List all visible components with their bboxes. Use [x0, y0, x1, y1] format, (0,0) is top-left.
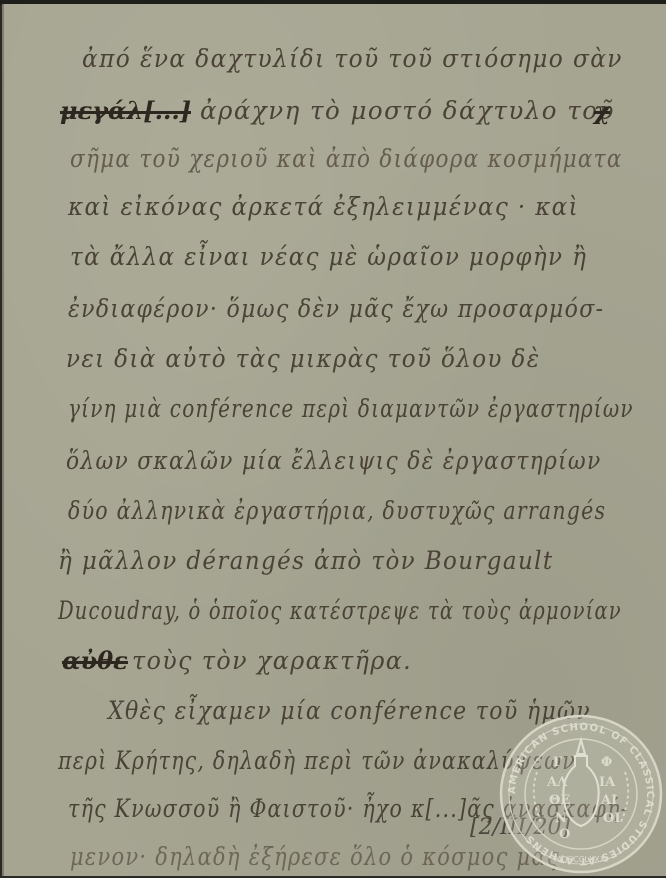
manuscript-line-4: καὶ εἰκόνας ἀρκετά ἐξηλειμμένας · καὶ	[68, 192, 579, 221]
svg-text:Ν: Ν	[555, 811, 567, 826]
manuscript-line-5: τὰ ἄλλα εἶναι νέας μὲ ὡραῖον μορφὴν ἢ	[70, 242, 587, 271]
manuscript-line-13: τοὺς τὸν χαρακτῆρα.	[132, 646, 412, 675]
svg-text:ΑΙ: ΑΙ	[600, 793, 617, 808]
svg-text:ΙΑ: ΙΑ	[599, 775, 616, 790]
manuscript-line-10: δύο ἀλληνικὰ ἐργαστήρια, δυστυχῶς arrang…	[68, 496, 606, 525]
manuscript-line-6: ἐνδιαφέρον· ὅμως δὲν μᾶς ἔχω προσαρμόσ-	[68, 294, 604, 323]
svg-text:Γ: Γ	[553, 755, 563, 770]
seal-year-text: MDCCCLXXXI	[554, 855, 607, 864]
manuscript-line-11: ἢ μᾶλλον dérangés ἀπὸ τὸν Bourgault	[58, 546, 554, 575]
manuscript-line-12: Ducoudray, ὁ ὁποῖος κατέστρεψε τὰ τοὺς ἀ…	[58, 596, 622, 625]
struck-word: μεγάλ[...]	[60, 96, 191, 125]
manuscript-line-7: νει διὰ αὐτὸ τὰς μικρὰς τοῦ ὅλου δὲ	[66, 344, 540, 373]
manuscript-line-1: ἀπό ἕνα δαχτυλίδι τοῦ τοῦ στιόσημο σὰν	[82, 44, 623, 73]
manuscript-line-17: μενον· δηλαδὴ ἐξήρεσε ὅλο ὁ κόσμος μας	[70, 842, 560, 871]
manuscript-line-8: γίνη μιὰ conférence περὶ διαμαντῶν ἐργασ…	[68, 394, 634, 423]
manuscript-line-3: σῆμα τοῦ χεριοῦ καὶ ἀπὸ διάφορα κοσμήματ…	[70, 144, 623, 173]
svg-text:ΑΛ: ΑΛ	[546, 775, 568, 790]
svg-text:ΟΙ: ΟΙ	[603, 811, 620, 826]
struck-letter: χ	[594, 96, 610, 125]
manuscript-line-2: ἀράχνη τὸ μοστό δάχτυλο τοῦ	[200, 96, 615, 125]
library-seal-stamp: AMERICAN SCHOOL OF CLASSICAL STUDIES AT …	[497, 712, 665, 876]
svg-text:Φ: Φ	[601, 755, 612, 770]
struck-word: αὐθε	[62, 646, 128, 675]
svg-text:Ο: Ο	[559, 827, 570, 842]
manuscript-line-9: ὅλων σκαλῶν μία ἔλλειψις δὲ ἐργαστηρίων	[66, 446, 601, 475]
svg-text:ΘΕ: ΘΕ	[549, 793, 570, 808]
